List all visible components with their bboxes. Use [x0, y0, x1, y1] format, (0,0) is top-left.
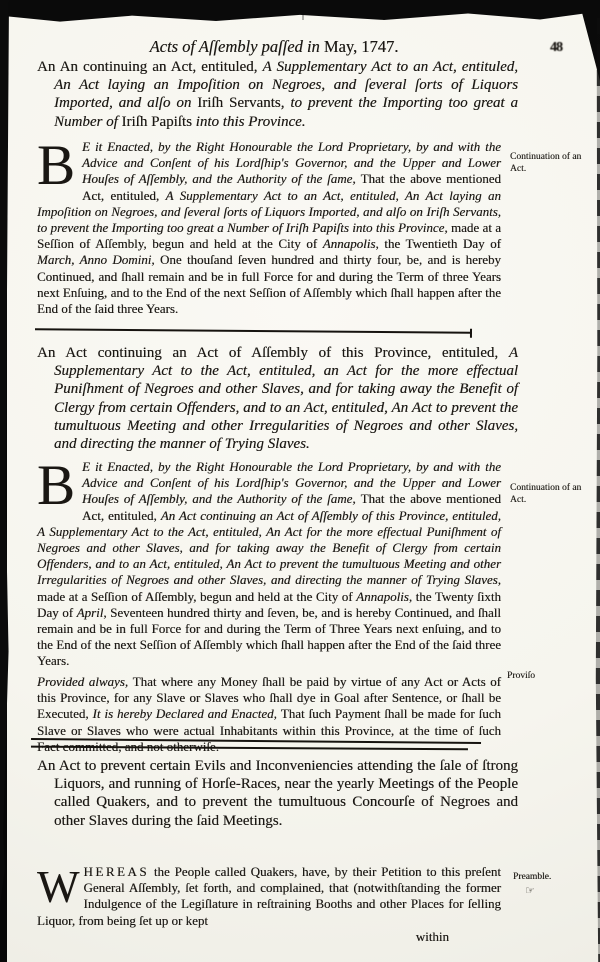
act3-heading: An Act to prevent certain Evils and Inco… [37, 757, 518, 830]
act1-heading-lead: An An continuing an Act, entituled, [37, 59, 263, 75]
running-header: Acts of Aſſembly paſſed in May, 1747. [49, 37, 499, 57]
act1-body-paragraph: BE it Enacted, by the Right Honourable t… [37, 139, 501, 317]
act1-body-roman3: , the Twentieth Day of [375, 236, 501, 251]
act1-body-date: March, Anno Domini, [37, 252, 160, 267]
act2-heading: An Act continuing an Act of Aſſembly of … [37, 344, 518, 453]
act1-heading: An An continuing an Act, entituled, A Su… [37, 58, 518, 131]
act2-heading-lead: An Act continuing an Act of Aſſembly of … [37, 345, 509, 361]
act1-heading-roman1: Iriſh Servants [197, 95, 280, 111]
dropcap-initial-w: W [37, 867, 77, 907]
proviso-lead: Provided always, [37, 674, 133, 689]
section-divider-rule [35, 328, 471, 333]
act2-heading-title: A Supplementary Act to the Act, entitule… [54, 345, 518, 452]
scanned-page: Acts of Aſſembly paſſed in May, 1747. 48… [7, 0, 600, 962]
act2-body-paragraph: BE it Enacted, by the Right Honourable t… [37, 459, 501, 670]
margin-note-continuation-2: Continuation of an Act. [510, 483, 586, 506]
margin-note-continuation-1: Continuation of an Act. [510, 152, 586, 175]
margin-note-preamble: Preamble. [513, 872, 589, 884]
catchword: within [37, 929, 501, 945]
dropcap-initial-b: B [37, 462, 75, 510]
act2-body-place: Annapolis [356, 589, 409, 604]
proviso-declared: It is hereby Declared and Enacted, [93, 706, 281, 721]
page-number: 48 [550, 40, 562, 56]
dropcap-initial-b: B [37, 142, 75, 190]
act1-heading-roman2: Iriſh Papiſts [122, 114, 192, 130]
margin-note-proviso: Proviſo [507, 671, 583, 683]
running-header-roman: May, 1747. [324, 37, 399, 56]
act2-body-roman4: , Seventeen hundred thirty and ſeven, be… [37, 605, 501, 669]
preamble-whereas-caps: HEREAS [83, 864, 149, 879]
act1-heading-italic3: into this Province. [192, 114, 306, 130]
act2-body-date: April [77, 605, 104, 620]
running-header-italic: Acts of Aſſembly paſſed in [150, 37, 324, 56]
printers-fist-icon: ☞ [525, 884, 535, 897]
act2-body-roman2: made at a Seſſion of Aſſembly, begun and… [37, 589, 356, 604]
preamble-paragraph: WHEREAS the People called Quakers, have,… [37, 864, 501, 945]
act1-body-place: Annapolis [323, 236, 376, 251]
